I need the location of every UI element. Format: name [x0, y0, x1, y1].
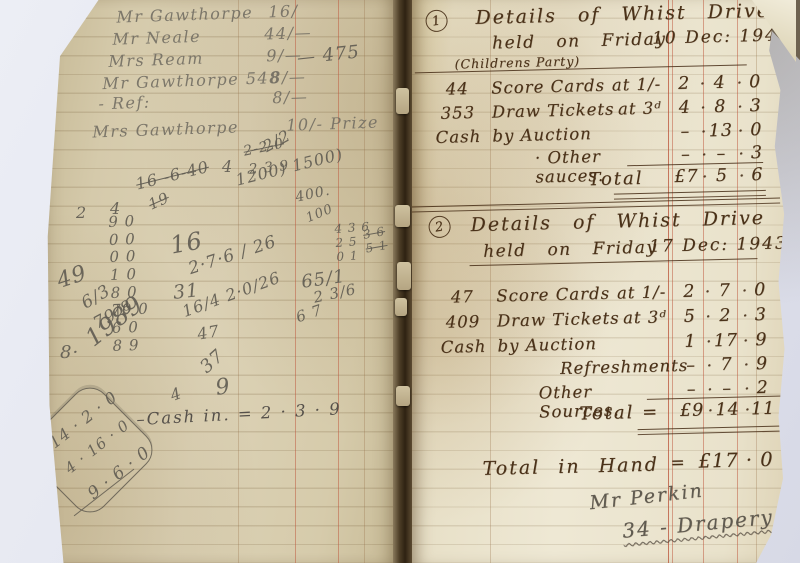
pencil-scribble: 49	[54, 261, 91, 295]
row-shillings: 13	[702, 121, 739, 142]
right-page-content: 1 Details of Whist Drive held on Friday …	[405, 0, 793, 563]
right-page: 1 Details of Whist Drive held on Friday …	[412, 0, 786, 563]
ruled-line-red	[364, 0, 365, 563]
row-pounds: 5	[673, 306, 707, 327]
row-qty: Cash	[424, 127, 492, 149]
row-pounds: –	[674, 355, 708, 376]
section-title: Details of Whist Drive	[475, 0, 755, 29]
entry-name: Mr Neale	[112, 27, 201, 49]
row-desc: Refreshments	[560, 356, 689, 379]
row-rate: at 3ᵈ	[623, 307, 667, 328]
footer-signature: Mr Perkin	[588, 480, 704, 515]
total-pounds: £9	[675, 400, 710, 422]
row-qty: 353	[424, 103, 492, 125]
total-in-hand-label: Total in Hand	[482, 454, 659, 480]
equals-sign: =	[670, 453, 686, 473]
section-number-badge: 1	[424, 8, 449, 33]
row-rate: at 1/-	[612, 74, 662, 95]
section-title: Details of Whist Drive	[470, 207, 750, 236]
section-subtitle: held on Friday	[492, 29, 667, 53]
row-desc: Draw Tickets	[497, 309, 620, 332]
torn-paper-fragment	[396, 386, 410, 406]
row-rate: at 3ᵈ	[618, 98, 662, 119]
section-number: 2	[434, 219, 446, 235]
ledger-entry: Mr Gawthorpe 548 8/—	[46, 64, 396, 76]
entry-amount: 8/—	[272, 87, 309, 107]
row-shillings: 4	[701, 73, 738, 94]
pencil-scribble: 16 -6-40	[134, 158, 211, 194]
pencil-scribble: 4	[222, 158, 233, 177]
row-desc: by Auction	[492, 124, 592, 146]
pencil-scribble: 3 6 5 1	[362, 224, 389, 256]
row-qty: Cash	[429, 337, 497, 359]
entry-amount: 10/- Prize	[286, 112, 379, 134]
row-pence: 3	[744, 305, 778, 326]
footer-address: 34 - Drapery	[621, 505, 775, 543]
entry-name: Mrs Gawthorpe	[92, 117, 239, 141]
section-number: 1	[431, 13, 443, 29]
section-date: 10 Dec: 1943	[652, 25, 791, 48]
entry-name: Mrs Ream	[108, 49, 204, 71]
pencil-scribble: 47	[196, 322, 221, 344]
total-label: Total	[588, 168, 644, 190]
row-desc: Score Cards	[496, 284, 610, 307]
pencil-scribble: 2-2-0	[242, 135, 286, 160]
row-pounds: 2	[672, 281, 706, 302]
torn-paper-fragment	[396, 88, 409, 114]
total-pounds: £7	[669, 166, 704, 188]
entry-name: Mr Gawthorpe 548	[102, 68, 281, 93]
pencil-scribble: 2	[76, 204, 87, 223]
pencil-scribble: 37	[196, 345, 229, 377]
row-desc: Score Cards	[491, 76, 605, 99]
left-page: Mr Gawthorpe 16/ Mr Neale 44/— Mrs Ream …	[46, 0, 396, 563]
entry-amount: 44/—	[264, 23, 312, 44]
row-shillings: 2	[707, 305, 744, 326]
total-in-hand-value: £17 · 0 · 5	[698, 447, 800, 473]
row-shillings: 8	[702, 97, 739, 118]
row-pence: 0	[743, 280, 777, 301]
row-pounds: 1	[673, 331, 707, 352]
row-pounds: 2	[667, 73, 701, 94]
ledger-entry: Mr Gawthorpe 16/	[46, 0, 396, 10]
row-qty: 409	[429, 312, 497, 334]
total-label: Total =	[579, 402, 659, 425]
pencil-scribble: 8·	[60, 342, 79, 363]
torn-paper-fragment	[397, 262, 411, 290]
entry-amount: 16/	[268, 1, 299, 21]
pencil-scribble: 100	[304, 202, 336, 227]
row-pence: 0	[738, 72, 772, 93]
pencil-scribble: 19	[146, 189, 172, 214]
row-pence: 9	[745, 354, 779, 375]
row-shillings: 7	[706, 280, 743, 301]
section-number-badge: 2	[427, 214, 452, 239]
pencil-diamond: 14 · 2 · 0 4 · 16 · 0 9 · 6 · 0	[30, 386, 170, 526]
row-shillings: 7	[708, 354, 745, 375]
pencil-scribble: 4	[168, 384, 185, 406]
pencil-scribble: 6 7	[294, 302, 325, 327]
row-desc: Draw Tickets	[492, 100, 615, 123]
row-rate: at 1/-	[617, 282, 667, 303]
entry-name: Mr Gawthorpe	[116, 3, 253, 27]
notebook-photo: Mr Gawthorpe 16/ Mr Neale 44/— Mrs Ream …	[0, 0, 800, 563]
row-pence: 3	[739, 96, 773, 117]
row-qty: 47	[428, 287, 496, 309]
torn-paper-fragment	[395, 205, 410, 227]
entry-amount: 8/—	[270, 67, 307, 87]
row-qty: 44	[423, 79, 491, 101]
total-shillings: 5	[703, 166, 741, 188]
ledger-row: 47 Score Cardsat 1/- 2 7 0	[428, 280, 780, 309]
torn-paper-fragment	[395, 298, 407, 316]
pencil-scribble: — 475	[296, 41, 361, 69]
row-pounds: 4	[668, 97, 702, 118]
section-date: 17 Dec: 1943	[649, 233, 788, 256]
row-pence: 0	[739, 120, 773, 141]
row-desc: by Auction	[497, 334, 597, 356]
total-pence: 6	[740, 165, 775, 187]
entry-name: - Ref:	[98, 92, 151, 113]
pencil-scribble: 9	[214, 374, 232, 402]
section-subtitle: held on Friday	[483, 238, 658, 262]
ink-rule-double	[638, 425, 788, 435]
row-pence: 9	[744, 330, 778, 351]
total-pence: 11	[746, 399, 781, 421]
ledger-entry: Mrs Gawthorpe 10/- Prize	[46, 112, 396, 124]
total-shillings: 14	[709, 399, 747, 421]
ledger-row: 409 Draw Ticketsat 3ᵈ 5 2 3	[429, 305, 781, 334]
row-shillings: 17	[707, 330, 744, 351]
row-pounds: –	[668, 121, 702, 142]
